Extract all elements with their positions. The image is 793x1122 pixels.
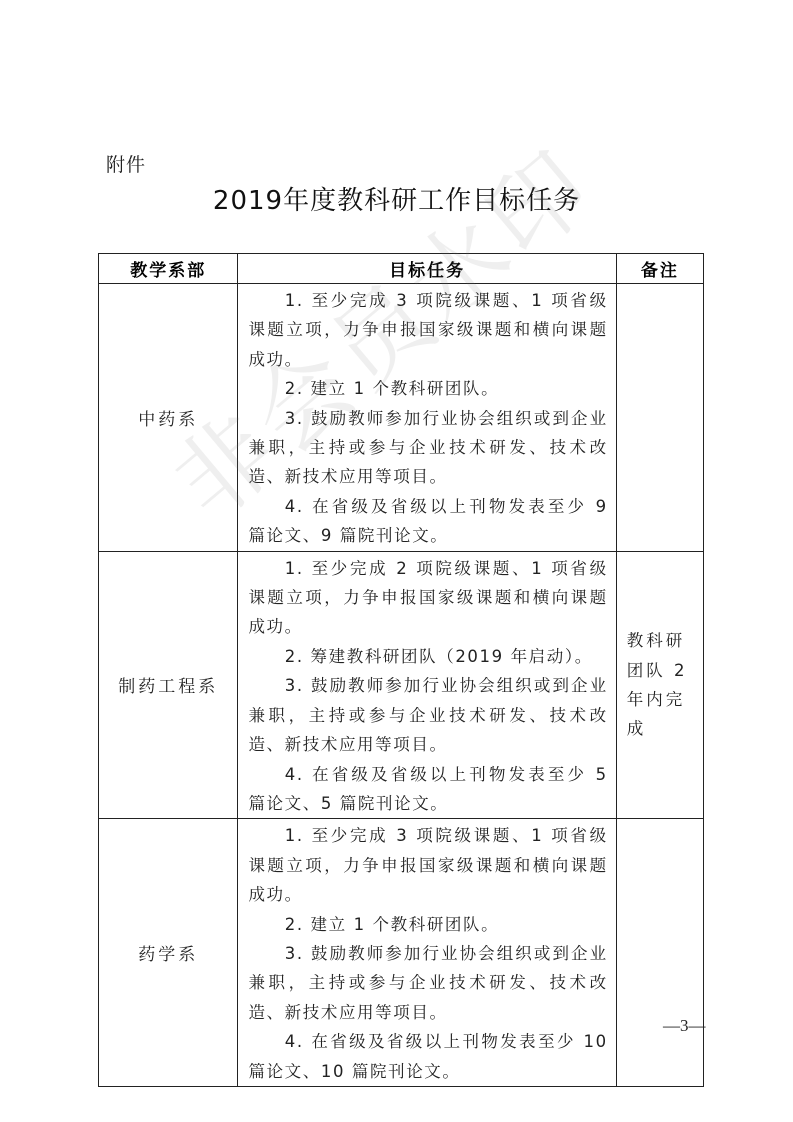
task-item: 1. 至少完成 2 项院级课题、1 项省级课题立项，力争申报国家级课题和横向课题… [248,554,607,642]
header-target-tasks: 目标任务 [238,254,616,284]
target-task-table: 教学系部 目标任务 备注 中药系 1. 至少完成 3 项院级课题、1 项省级课题… [98,253,704,1087]
header-department: 教学系部 [99,254,238,284]
task-item: 1. 至少完成 3 项院级课题、1 项省级课题立项，力争申报国家级课题和横向课题… [248,286,607,374]
page-number: —3— [663,1016,706,1036]
task-item: 4. 在省级及省级以上刊物发表至少 10 篇论文、10 篇院刊论文。 [248,1027,607,1086]
task-item: 4. 在省级及省级以上刊物发表至少 5 篇论文、5 篇院刊论文。 [248,760,607,819]
table-row: 药学系 1. 至少完成 3 项院级课题、1 项省级课题立项，力争申报国家级课题和… [99,819,704,1087]
task-item: 3. 鼓励教师参加行业协会组织或到企业兼职，主持或参与企业技术研发、技术改造、新… [248,939,607,1027]
task-item: 3. 鼓励教师参加行业协会组织或到企业兼职，主持或参与企业技术研发、技术改造、新… [248,404,607,492]
task-item: 2. 建立 1 个教科研团队。 [248,910,607,939]
table-row: 中药系 1. 至少完成 3 项院级课题、1 项省级课题立项，力争申报国家级课题和… [99,284,704,552]
task-item: 3. 鼓励教师参加行业协会组织或到企业兼职，主持或参与企业技术研发、技术改造、新… [248,671,607,759]
tasks-cell: 1. 至少完成 3 项院级课题、1 项省级课题立项，力争申报国家级课题和横向课题… [238,284,616,552]
task-item: 1. 至少完成 3 项院级课题、1 项省级课题立项，力争申报国家级课题和横向课题… [248,821,607,909]
task-item: 2. 筹建教科研团队（2019 年启动）。 [248,642,607,671]
table-row: 制药工程系 1. 至少完成 2 项院级课题、1 项省级课题立项，力争申报国家级课… [99,551,704,819]
task-item: 4. 在省级及省级以上刊物发表至少 9 篇论文、9 篇院刊论文。 [248,492,607,551]
tasks-cell: 1. 至少完成 2 项院级课题、1 项省级课题立项，力争申报国家级课题和横向课题… [238,551,616,819]
task-item: 2. 建立 1 个教科研团队。 [248,374,607,403]
department-cell: 中药系 [99,284,238,552]
department-cell: 制药工程系 [99,551,238,819]
note-cell [616,819,703,1087]
table-header-row: 教学系部 目标任务 备注 [99,254,704,284]
header-notes: 备注 [616,254,703,284]
department-cell: 药学系 [99,819,238,1087]
note-cell [616,284,703,552]
attachment-label: 附件 [106,150,146,177]
tasks-cell: 1. 至少完成 3 项院级课题、1 项省级课题立项，力争申报国家级课题和横向课题… [238,819,616,1087]
document-title: 2019年度教科研工作目标任务 [0,180,793,217]
note-cell: 教科研团队 2 年内完成 [616,551,703,819]
